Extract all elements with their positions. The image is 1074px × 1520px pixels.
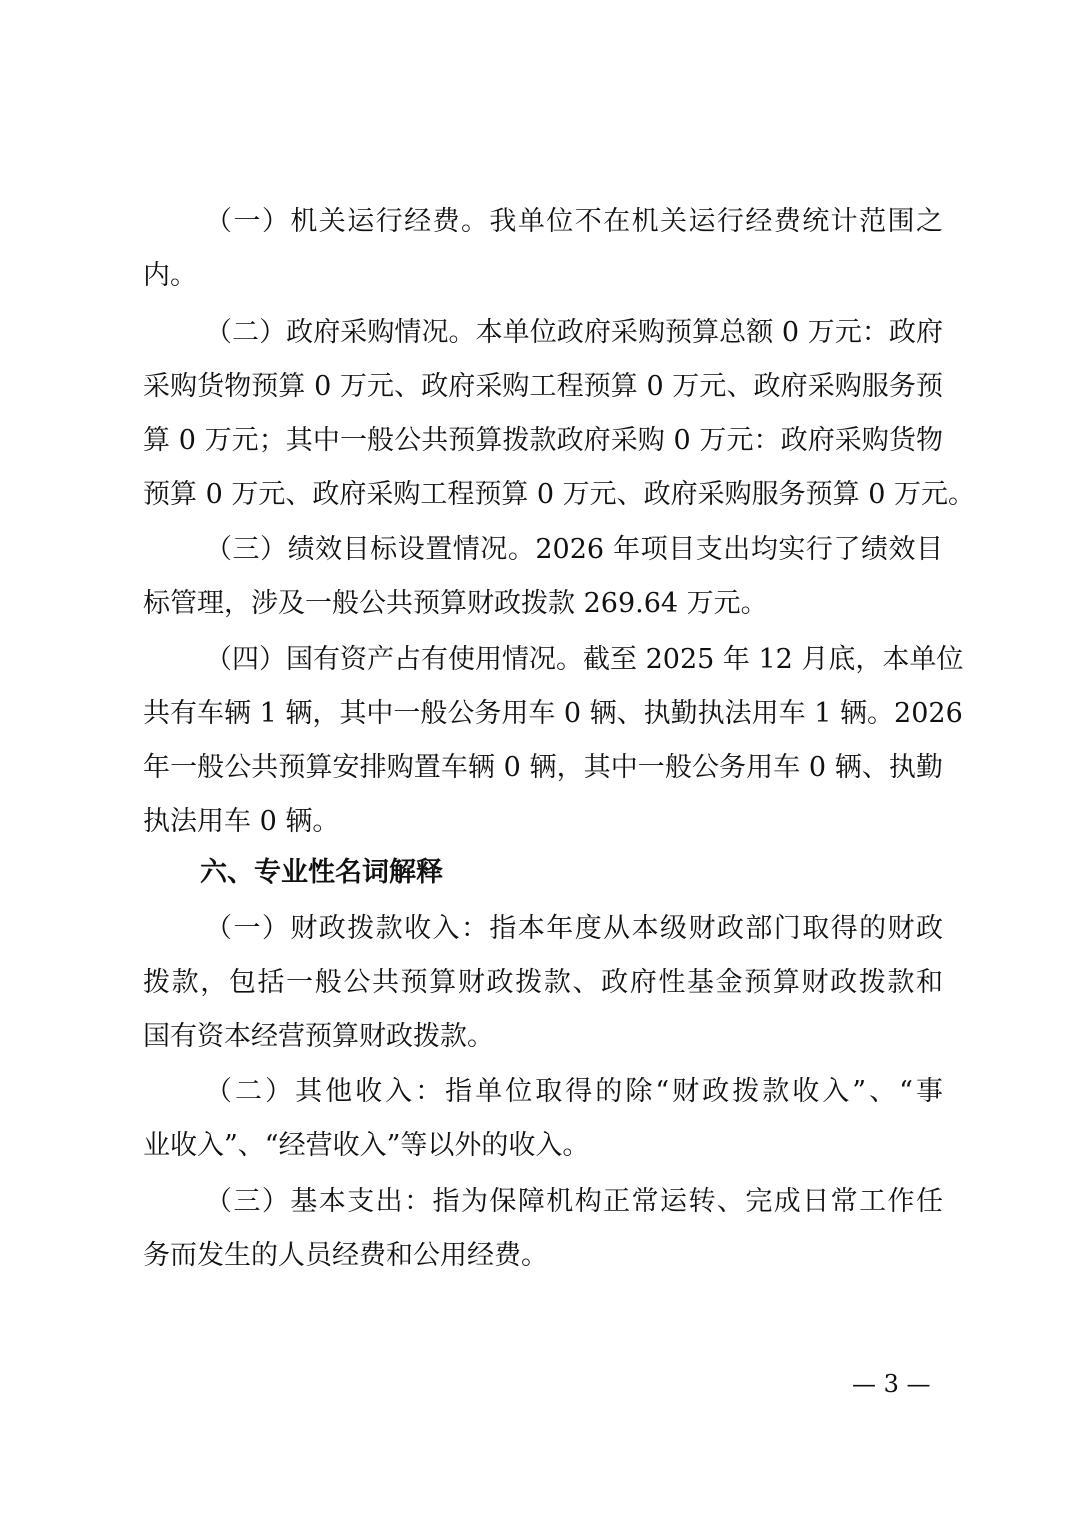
paragraph-performance-line-2: 标管理，涉及一般公共预算财政拨款 269.64 万元。 — [143, 584, 943, 624]
paragraph-operating-costs-line-2: 内。 — [143, 256, 943, 296]
section-heading-terminology: 六、专业性名词解释 — [200, 853, 443, 893]
definition-other-income-line-1: （二）其他收入：指单位取得的除“财政拨款收入”、“事 — [205, 1072, 943, 1112]
paragraph-performance-line-1: （三）绩效目标设置情况。2026 年项目支出均实行了绩效目 — [205, 530, 943, 570]
definition-other-income-line-2: 业收入”、“经营收入”等以外的收入。 — [143, 1126, 943, 1166]
paragraph-procurement-line-2: 采购货物预算 0 万元、政府采购工程预算 0 万元、政府采购服务预 — [143, 367, 943, 407]
paragraph-procurement-line-3: 算 0 万元；其中一般公共预算拨款政府采购 0 万元：政府采购货物 — [143, 421, 943, 461]
paragraph-procurement-line-1: （二）政府采购情况。本单位政府采购预算总额 0 万元：政府 — [205, 313, 943, 353]
definition-fiscal-income-line-1: （一）财政拨款收入：指本年度从本级财政部门取得的财政 — [205, 909, 943, 949]
paragraph-assets-line-2: 共有车辆 1 辆，其中一般公务用车 0 辆、执勤执法用车 1 辆。2026 — [143, 694, 943, 734]
page-number: — 3 — — [852, 1368, 931, 1400]
paragraph-assets-line-3: 年一般公共预算安排购置车辆 0 辆，其中一般公务用车 0 辆、执勤 — [143, 748, 943, 788]
paragraph-procurement-line-4: 预算 0 万元、政府采购工程预算 0 万元、政府采购服务预算 0 万元。 — [143, 475, 958, 515]
paragraph-operating-costs-line-1: （一）机关运行经费。我单位不在机关运行经费统计范围之 — [205, 202, 943, 242]
definition-fiscal-income-line-3: 国有资本经营预算财政拨款。 — [143, 1017, 943, 1057]
paragraph-assets-line-4: 执法用车 0 辆。 — [143, 802, 943, 842]
definition-basic-expenditure-line-2: 务而发生的人员经费和公用经费。 — [143, 1236, 943, 1276]
document-page: （一）机关运行经费。我单位不在机关运行经费统计范围之 内。 （二）政府采购情况。… — [0, 0, 1074, 1520]
definition-basic-expenditure-line-1: （三）基本支出：指为保障机构正常运转、完成日常工作任 — [205, 1182, 943, 1222]
definition-fiscal-income-line-2: 拨款，包括一般公共预算财政拨款、政府性基金预算财政拨款和 — [143, 963, 943, 1003]
paragraph-assets-line-1: （四）国有资产占有使用情况。截至 2025 年 12 月底，本单位 — [205, 640, 943, 680]
